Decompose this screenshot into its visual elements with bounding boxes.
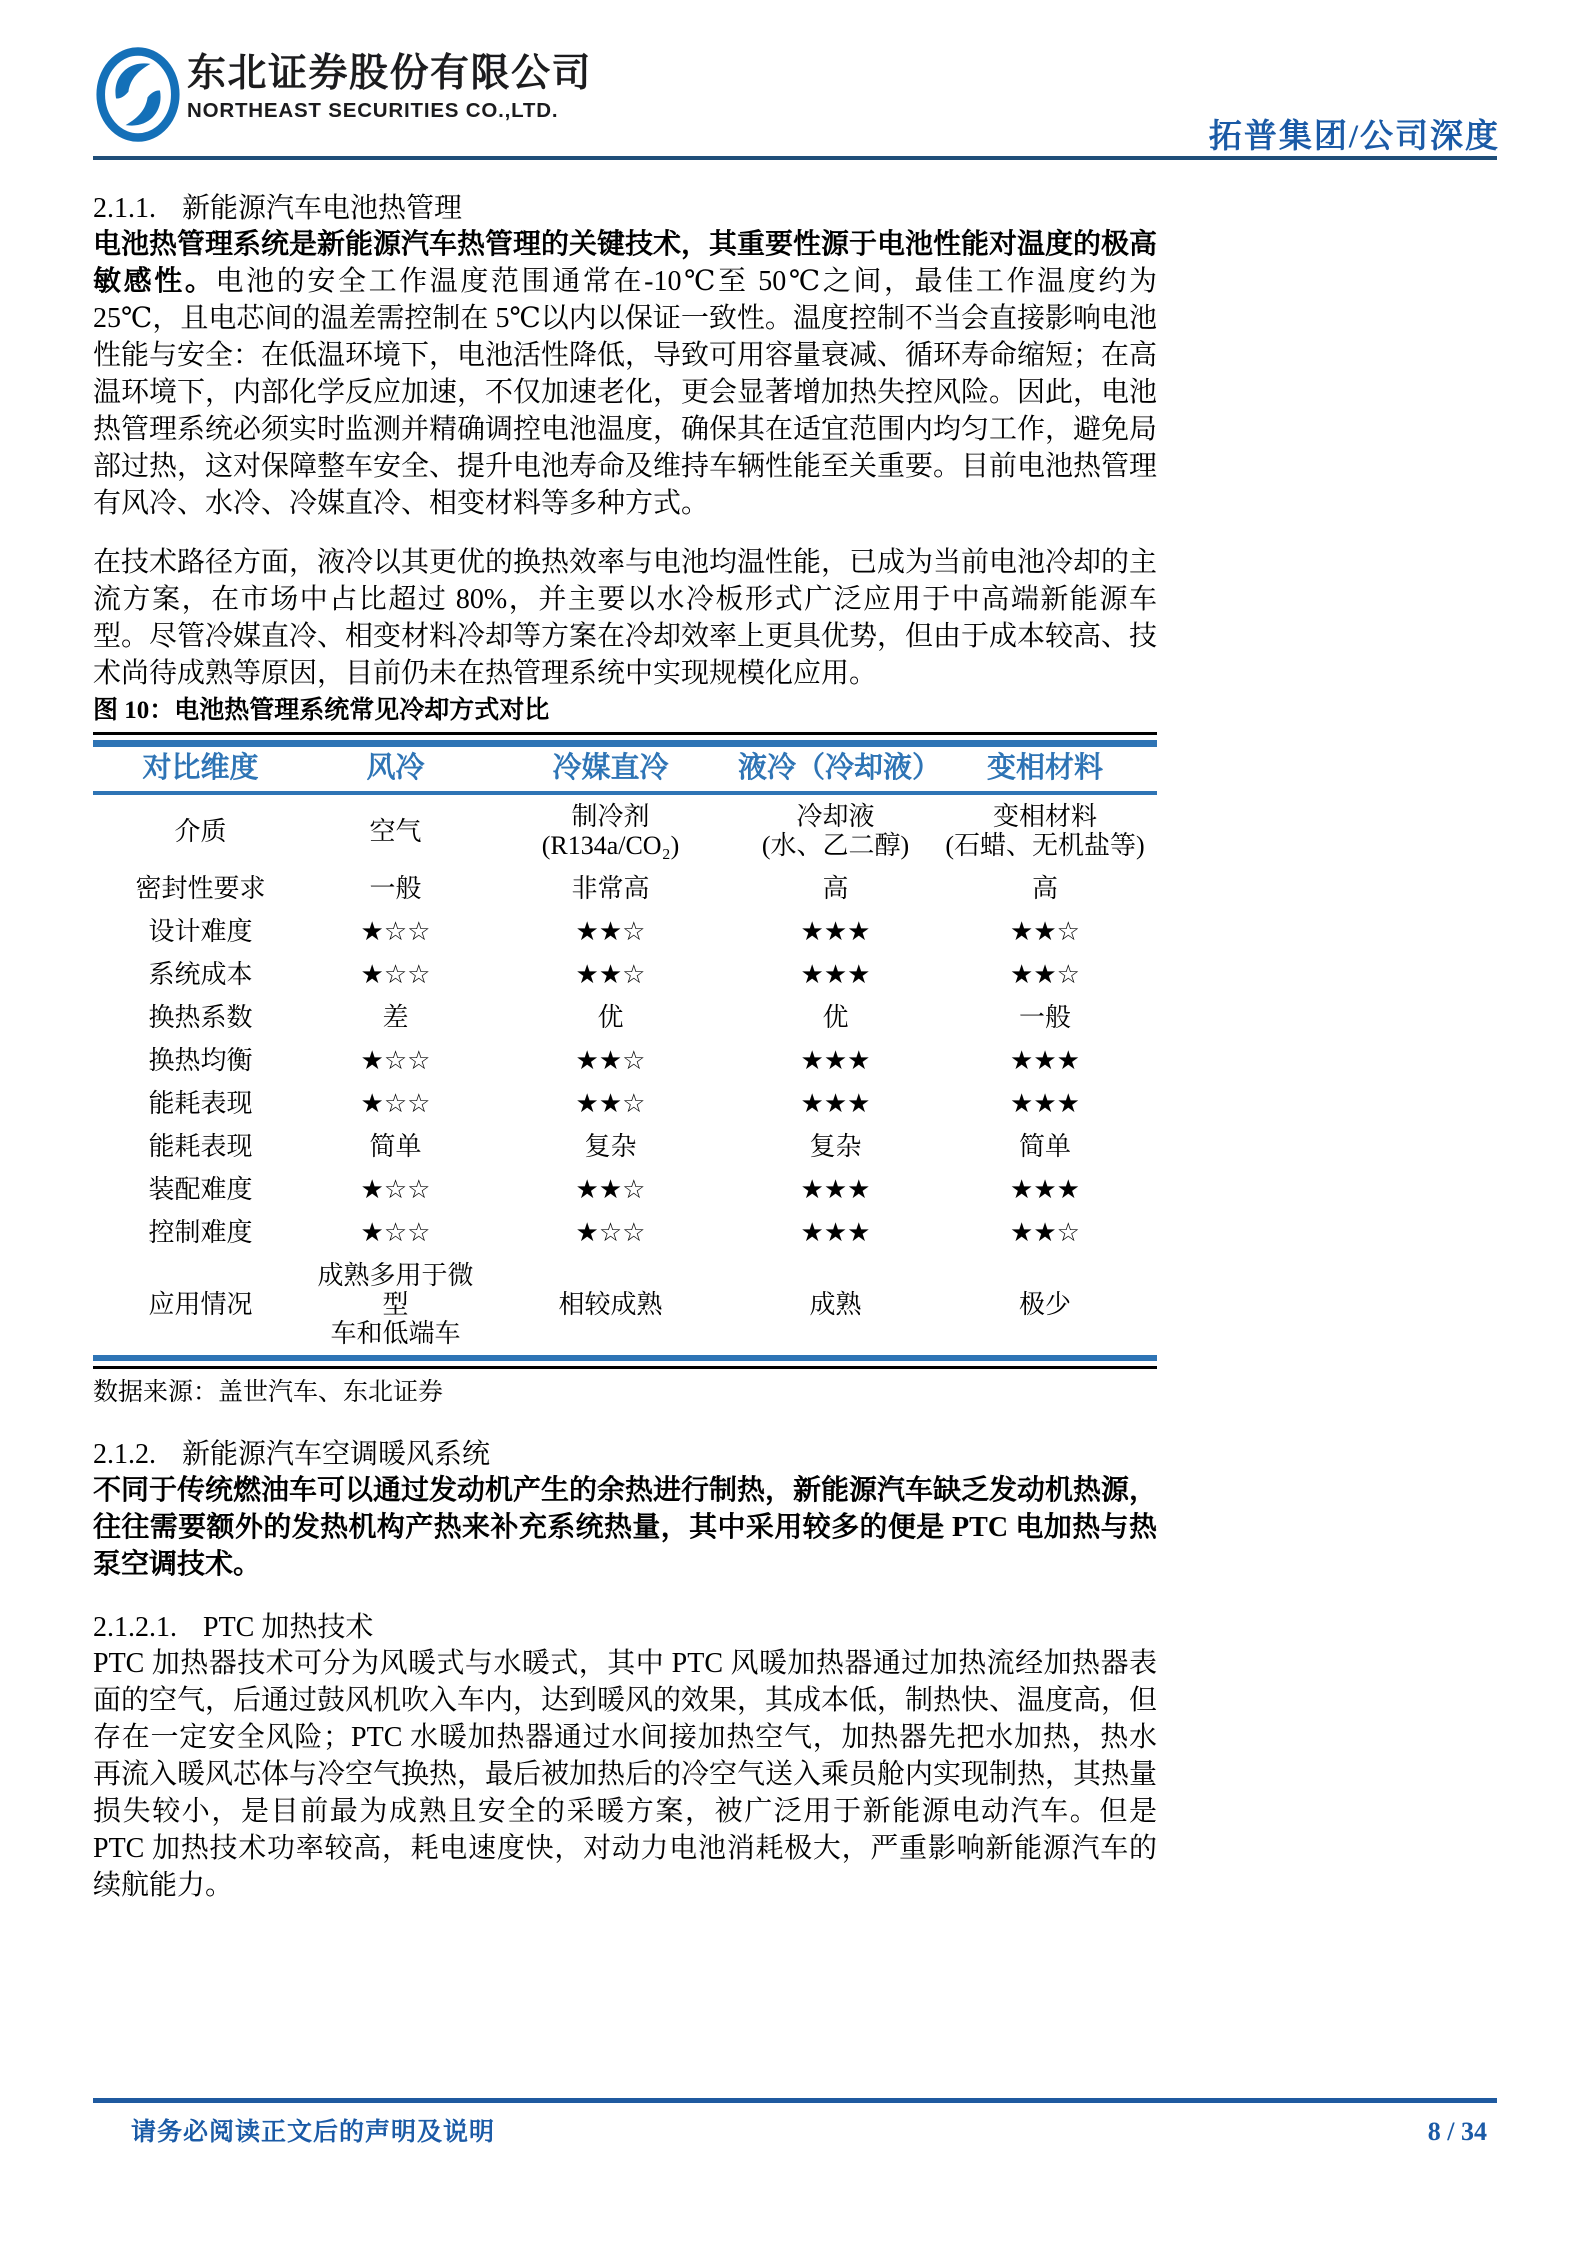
table-cell: ★★☆ [933,1211,1157,1254]
table-cell: 成熟多用于微型 车和低端车 [308,1254,483,1358]
table-cell: ★☆☆ [308,953,483,996]
table-cell: 能耗表现 [93,1125,308,1168]
table-cell: 高 [738,867,933,910]
table-cell: 换热系数 [93,996,308,1039]
paragraph-hvac-bold: 不同于传统燃油车可以通过发动机产生的余热进行制热，新能源汽车缺乏发动机热源，往往… [93,1472,1157,1583]
table-row: 设计难度★☆☆★★☆★★★★★☆ [93,910,1157,953]
table-cell: ★☆☆ [308,910,483,953]
table-cell: ★☆☆ [308,1082,483,1125]
table-row: 控制难度★☆☆★☆☆★★★★★☆ [93,1211,1157,1254]
table-cell: 复杂 [738,1125,933,1168]
table-cell: ★★★ [738,910,933,953]
table-header-cell: 变相材料 [933,744,1157,794]
table-cell: 应用情况 [93,1254,308,1358]
table-cell: 密封性要求 [93,867,308,910]
table-cell: ★☆☆ [483,1211,738,1254]
footer: 请务必阅读正文后的声明及说明 8 / 34 [131,2112,1487,2148]
main-content: 2.1.1.新能源汽车电池热管理 电池热管理系统是新能源汽车热管理的关键技术，其… [93,192,1157,1904]
data-source-note: 数据来源：盖世汽车、东北证券 [93,1378,1157,1408]
table-row: 换热均衡★☆☆★★☆★★★★★★ [93,1039,1157,1082]
table-header-cell: 液冷（冷却液） [738,744,933,794]
table-row: 换热系数差优优一般 [93,996,1157,1039]
table-row: 能耗表现★☆☆★★☆★★★★★★ [93,1082,1157,1125]
header-rule [93,156,1497,160]
table-cell: ★★☆ [933,953,1157,996]
table-end-rule [93,1366,1157,1369]
table-cell: 简单 [933,1125,1157,1168]
table-header-cell: 冷媒直冷 [483,744,738,794]
table-header-cell: 对比维度 [93,744,308,794]
table-head: 对比维度风冷冷媒直冷液冷（冷却液）变相材料 [93,744,1157,794]
table-cell: ★★★ [738,1168,933,1211]
report-page: 东北证券股份有限公司 NORTHEAST SECURITIES CO.,LTD.… [0,0,1588,2245]
table-cell: ★★★ [738,1211,933,1254]
table-cell: 冷却液 (水、乙二醇) [738,793,933,867]
table-body: 介质空气制冷剂 (R134a/CO₂)冷却液 (水、乙二醇)变相材料 (石蜡、无… [93,793,1157,1358]
table-cell: ★★★ [933,1168,1157,1211]
table-cell: 控制难度 [93,1211,308,1254]
table-cell: 一般 [308,867,483,910]
table-cell: 装配难度 [93,1168,308,1211]
table-row: 系统成本★☆☆★★☆★★★★★☆ [93,953,1157,996]
table-cell: ★★☆ [483,1082,738,1125]
table-header-cell: 风冷 [308,744,483,794]
company-name-block: 东北证券股份有限公司 NORTHEAST SECURITIES CO.,LTD. [187,52,592,123]
table-cell: 变相材料 (石蜡、无机盐等) [933,793,1157,867]
table-row: 能耗表现简单复杂复杂简单 [93,1125,1157,1168]
section-heading-2-1-2: 2.1.2.新能源汽车空调暖风系统 [93,1438,1157,1472]
table-cell: 极少 [933,1254,1157,1358]
table-cell: ★★★ [933,1039,1157,1082]
table-cell: ★☆☆ [308,1039,483,1082]
table-row: 应用情况成熟多用于微型 车和低端车相较成熟成熟极少 [93,1254,1157,1358]
table-cell: 差 [308,996,483,1039]
table-header-row: 对比维度风冷冷媒直冷液冷（冷却液）变相材料 [93,744,1157,794]
table-cell: 系统成本 [93,953,308,996]
table-cell: 非常高 [483,867,738,910]
section-number: 2.1.2. [93,1438,156,1472]
section-heading-2-1-2-1: 2.1.2.1.PTC 加热技术 [93,1611,1157,1645]
section-number: 2.1.2.1. [93,1611,177,1645]
table-cell: ★★☆ [483,1039,738,1082]
company-logo [95,46,181,143]
paragraph-tech-path: 在技术路径方面，液冷以其更优的换热效率与电池均温性能，已成为当前电池冷却的主流方… [93,544,1157,692]
table-cell: ★☆☆ [308,1168,483,1211]
table-row: 装配难度★☆☆★★☆★★★★★★ [93,1168,1157,1211]
table-cell: ★★★ [738,953,933,996]
footer-rule [93,2098,1497,2103]
figure-caption: 图 10：电池热管理系统常见冷却方式对比 [93,696,1157,735]
table-cell: ★★☆ [933,910,1157,953]
table-cell: 一般 [933,996,1157,1039]
section-number: 2.1.1. [93,192,156,226]
table-cell: 优 [483,996,738,1039]
table-cell: 空气 [308,793,483,867]
paragraph-ptc: PTC 加热器技术可分为风暖式与水暖式，其中 PTC 风暖加热器通过加热流经加热… [93,1645,1157,1904]
table-row: 密封性要求一般非常高高高 [93,867,1157,910]
table-cell: 制冷剂 (R134a/CO₂) [483,793,738,867]
section-heading-2-1-1: 2.1.1.新能源汽车电池热管理 [93,192,1157,226]
table-cell: 复杂 [483,1125,738,1168]
table-cell: 高 [933,867,1157,910]
section-title: PTC 加热技术 [203,1612,373,1643]
table-cell: 优 [738,996,933,1039]
paragraph-battery-thermal: 电池热管理系统是新能源汽车热管理的关键技术，其重要性源于电池性能对温度的极高敏感… [93,226,1157,522]
table-row: 介质空气制冷剂 (R134a/CO₂)冷却液 (水、乙二醇)变相材料 (石蜡、无… [93,793,1157,867]
table-cell: 换热均衡 [93,1039,308,1082]
table-cell: ★★★ [738,1039,933,1082]
comparison-table: 对比维度风冷冷媒直冷液冷（冷却液）变相材料 介质空气制冷剂 (R134a/CO₂… [93,740,1157,1361]
footer-disclaimer: 请务必阅读正文后的声明及说明 [131,2112,495,2148]
table-cell: ★★☆ [483,953,738,996]
table-cell: 简单 [308,1125,483,1168]
table-cell: 相较成熟 [483,1254,738,1358]
table-cell: ★★★ [933,1082,1157,1125]
table-cell: ★★★ [738,1082,933,1125]
paragraph-rest: 电池的安全工作温度范围通常在-10℃至 50℃之间，最佳工作温度约为 25℃，且… [93,266,1157,519]
page-number: 8 / 34 [1428,2117,1487,2147]
table-cell: ★★☆ [483,1168,738,1211]
section-title: 新能源汽车电池热管理 [182,193,462,224]
company-name-cn: 东北证券股份有限公司 [187,52,592,96]
table-cell: ★★☆ [483,910,738,953]
table-cell: 设计难度 [93,910,308,953]
table-cell: ★☆☆ [308,1211,483,1254]
company-name-en: NORTHEAST SECURITIES CO.,LTD. [187,99,592,123]
table-cell: 能耗表现 [93,1082,308,1125]
table-cell: 介质 [93,793,308,867]
table-cell: 成熟 [738,1254,933,1358]
report-tag: 拓普集团/公司深度 [1209,110,1500,157]
section-title: 新能源汽车空调暖风系统 [182,1439,490,1470]
